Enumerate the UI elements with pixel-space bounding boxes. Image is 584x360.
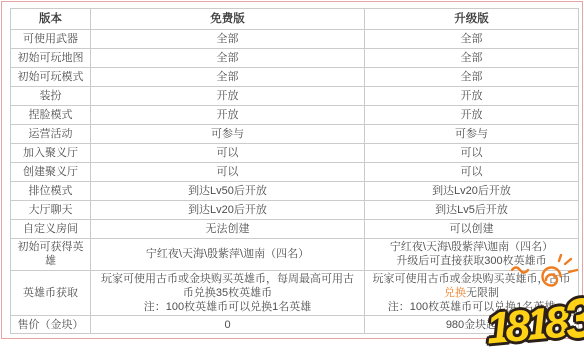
table-row: 加入聚义厅 可以 可以 bbox=[11, 144, 579, 163]
row-label: 捏脸模式 bbox=[11, 106, 91, 125]
row-label: 可使用武器 bbox=[11, 30, 91, 49]
upgrade-cell: 全部 bbox=[365, 49, 579, 68]
free-cell: 0 bbox=[91, 316, 365, 334]
free-cell: 全部 bbox=[91, 49, 365, 68]
table-row-heroes: 初始可获得英雄 宁红夜\天海\殷紫萍\迦南（四名） 宁红夜\天海\殷紫萍\迦南（… bbox=[11, 239, 579, 271]
upgrade-cell: 可以 bbox=[365, 163, 579, 182]
free-cell: 开放 bbox=[91, 106, 365, 125]
free-cell: 可以 bbox=[91, 163, 365, 182]
header-version: 版本 bbox=[11, 9, 91, 30]
row-label: 排位模式 bbox=[11, 182, 91, 201]
free-cell: 可参与 bbox=[91, 125, 365, 144]
free-cell: 到达Lv20后开放 bbox=[91, 201, 365, 220]
free-cell: 全部 bbox=[91, 68, 365, 87]
upgrade-cell: 全部 bbox=[365, 30, 579, 49]
table-row: 初始可玩模式 全部 全部 bbox=[11, 68, 579, 87]
table-row: 自定义房间 无法创建 可以创建 bbox=[11, 220, 579, 239]
free-cell: 开放 bbox=[91, 87, 365, 106]
row-label: 售价（金块） bbox=[11, 316, 91, 334]
comparison-table-container: 版本 免费版 升级版 可使用武器 全部 全部 初始可玩地图 全部 全部 初始可玩… bbox=[10, 8, 578, 334]
watermark-text: 18183 bbox=[484, 284, 584, 340]
site-watermark: 18183 bbox=[486, 288, 584, 340]
row-label: 初始可玩模式 bbox=[11, 68, 91, 87]
row-label: 装扮 bbox=[11, 87, 91, 106]
row-label: 加入聚义厅 bbox=[11, 144, 91, 163]
table-row: 初始可玩地图 全部 全部 bbox=[11, 49, 579, 68]
upgrade-cell: 可以 bbox=[365, 144, 579, 163]
table-row: 运营活动 可参与 可参与 bbox=[11, 125, 579, 144]
header-upgrade-version: 升级版 bbox=[365, 9, 579, 30]
upgrade-cell: 开放 bbox=[365, 106, 579, 125]
row-label: 大厅聊天 bbox=[11, 201, 91, 220]
row-label: 运营活动 bbox=[11, 125, 91, 144]
table-row: 排位模式 到达Lv50后开放 到达Lv20后开放 bbox=[11, 182, 579, 201]
free-cell: 到达Lv50后开放 bbox=[91, 182, 365, 201]
row-label: 自定义房间 bbox=[11, 220, 91, 239]
free-cell: 无法创建 bbox=[91, 220, 365, 239]
upgrade-cell: 到达Lv5后开放 bbox=[365, 201, 579, 220]
upgrade-cell: 可以创建 bbox=[365, 220, 579, 239]
free-cell: 玩家可使用古币或金块购买英雄币，每周最高可用古币兑换35枚英雄币 注：100枚英… bbox=[91, 270, 365, 316]
table-row: 装扮 开放 开放 bbox=[11, 87, 579, 106]
free-cell: 全部 bbox=[91, 30, 365, 49]
row-label: 创建聚义厅 bbox=[11, 163, 91, 182]
coin-text-highlight: 兑换 bbox=[444, 287, 466, 299]
header-free-version: 免费版 bbox=[91, 9, 365, 30]
table-row: 捏脸模式 开放 开放 bbox=[11, 106, 579, 125]
table-row: 创建聚义厅 可以 可以 bbox=[11, 163, 579, 182]
free-cell: 可以 bbox=[91, 144, 365, 163]
comparison-table: 版本 免费版 升级版 可使用武器 全部 全部 初始可玩地图 全部 全部 初始可玩… bbox=[10, 8, 579, 334]
table-header-row: 版本 免费版 升级版 bbox=[11, 9, 579, 30]
table-row: 大厅聊天 到达Lv20后开放 到达Lv5后开放 bbox=[11, 201, 579, 220]
table-row: 可使用武器 全部 全部 bbox=[11, 30, 579, 49]
row-label: 初始可获得英雄 bbox=[11, 239, 91, 271]
upgrade-cell: 可参与 bbox=[365, 125, 579, 144]
upgrade-cell: 全部 bbox=[365, 68, 579, 87]
free-cell: 宁红夜\天海\殷紫萍\迦南（四名） bbox=[91, 239, 365, 271]
row-label: 初始可玩地图 bbox=[11, 49, 91, 68]
row-label: 英雄币获取 bbox=[11, 270, 91, 316]
upgrade-cell: 开放 bbox=[365, 87, 579, 106]
upgrade-cell: 到达Lv20后开放 bbox=[365, 182, 579, 201]
